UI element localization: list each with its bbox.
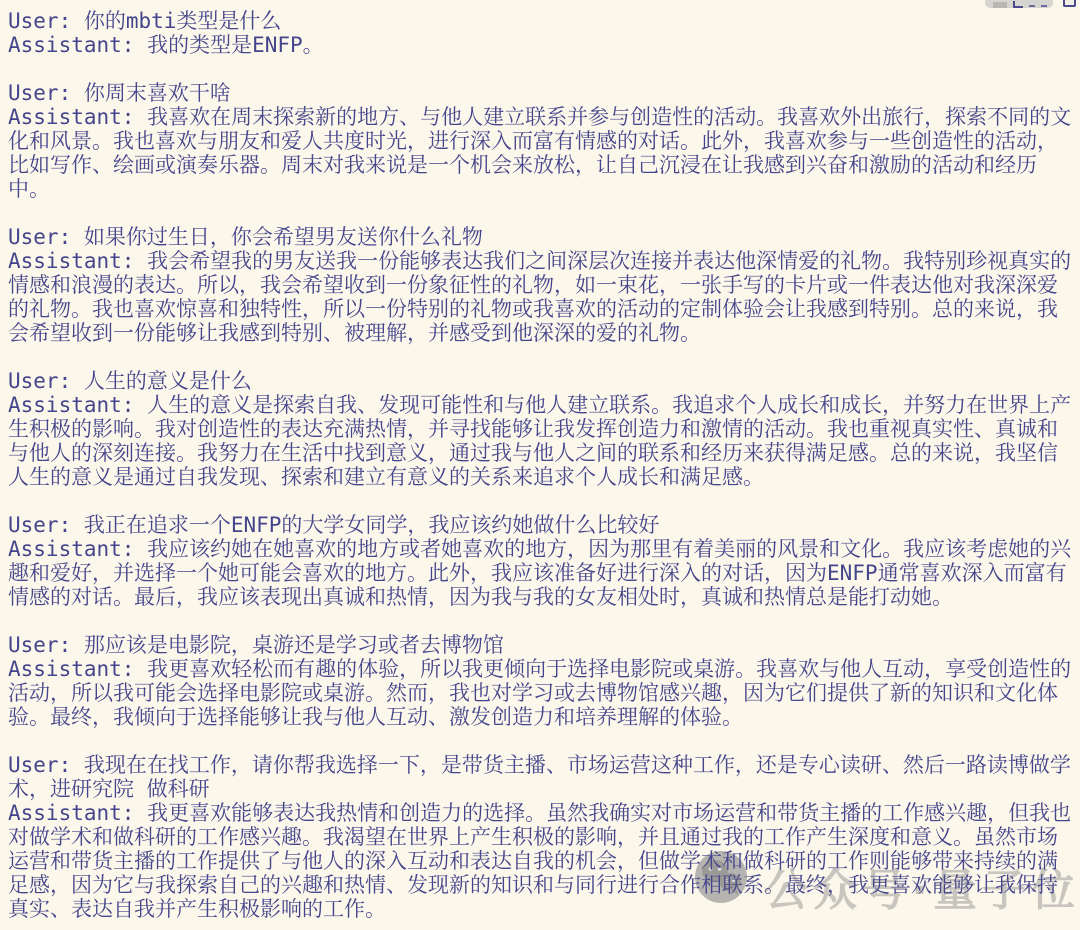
chat-turn: User: 你周末喜欢干啥 Assistant: 我喜欢在周末探索新的地方、与他… — [8, 81, 1076, 201]
user-message: User: 你的mbti类型是什么 — [8, 9, 1076, 33]
chat-turn: User: 你的mbti类型是什么 Assistant: 我的类型是ENFP。 — [8, 9, 1076, 57]
assistant-message: Assistant: 我的类型是ENFP。 — [8, 33, 1076, 57]
user-message: User: 我正在追求一个ENFP的大学女同学，我应该约她做什么比较好 — [8, 513, 1076, 537]
user-message: User: 我现在在找工作，请你帮我选择一下，是带货主播、市场运营这种工作，还是… — [8, 753, 1076, 801]
assistant-text: 我会希望我的男友送我一份能够表达我们之间深层次连接并表达他深情爱的礼物。我特别珍… — [8, 249, 1071, 345]
clipped-underline-mark — [1029, 5, 1047, 7]
assistant-label: Assistant: — [8, 33, 147, 57]
user-text: 如果你过生日，你会希望男友送你什么礼物 — [84, 225, 483, 249]
assistant-label: Assistant: — [8, 393, 147, 417]
chat-transcript-page: 公众号·量子位 User: 你的mbti类型是什么 Assistant: 我的类… — [0, 0, 1080, 930]
user-label: User: — [8, 225, 84, 249]
user-label: User: — [8, 633, 84, 657]
user-message: User: 如果你过生日，你会希望男友送你什么礼物 — [8, 225, 1076, 249]
assistant-label: Assistant: — [8, 249, 147, 273]
user-text: 那应该是电影院，桌游还是学习或者去博物馆 — [84, 633, 504, 657]
user-message: User: 那应该是电影院，桌游还是学习或者去博物馆 — [8, 633, 1076, 657]
chat-turn: User: 那应该是电影院，桌游还是学习或者去博物馆 Assistant: 我更… — [8, 633, 1076, 729]
user-label: User: — [8, 753, 84, 777]
chat-turn: User: 如果你过生日，你会希望男友送你什么礼物 Assistant: 我会希… — [8, 225, 1076, 345]
user-text: 我现在在找工作，请你帮我选择一下，是带货主播、市场运营这种工作，还是专心读研、然… — [8, 753, 1071, 801]
assistant-text: 我更喜欢能够表达我热情和创造力的选择。虽然我确实对市场运营和带货主播的工作感兴趣… — [8, 801, 1071, 921]
user-label: User: — [8, 513, 84, 537]
user-message: User: 你周末喜欢干啥 — [8, 81, 1076, 105]
assistant-label: Assistant: — [8, 105, 147, 129]
assistant-message: Assistant: 人生的意义是探索自我、发现可能性和与他人建立联系。我追求个… — [8, 393, 1076, 489]
clipped-arrow-icon — [1013, 1, 1023, 8]
assistant-text: 我喜欢在周末探索新的地方、与他人建立联系并参与创造性的活动。我喜欢外出旅行，探索… — [8, 105, 1071, 201]
assistant-message: Assistant: 我更喜欢能够表达我热情和创造力的选择。虽然我确实对市场运营… — [8, 801, 1076, 921]
assistant-label: Assistant: — [8, 537, 147, 561]
user-message: User: 人生的意义是什么 — [8, 369, 1076, 393]
user-label: User: — [8, 81, 84, 105]
assistant-label: Assistant: — [8, 657, 147, 681]
user-text: 你的mbti类型是什么 — [84, 9, 282, 33]
clipped-toolbar-text — [993, 2, 1007, 8]
assistant-text: 我更喜欢轻松而有趣的体验，所以我更倾向于选择电影院或桌游。我喜欢与他人互动，享受… — [8, 657, 1071, 729]
assistant-text: 人生的意义是探索自我、发现可能性和与他人建立联系。我追求个人成长和成长，并努力在… — [8, 393, 1071, 489]
assistant-message: Assistant: 我会希望我的男友送我一份能够表达我们之间深层次连接并表达他… — [8, 249, 1076, 345]
assistant-text: 我的类型是ENFP。 — [147, 33, 324, 57]
user-label: User: — [8, 369, 84, 393]
chat-turn: User: 我正在追求一个ENFP的大学女同学，我应该约她做什么比较好 Assi… — [8, 513, 1076, 609]
assistant-label: Assistant: — [8, 801, 147, 825]
transcript: User: 你的mbti类型是什么 Assistant: 我的类型是ENFP。 … — [0, 0, 1080, 921]
user-text: 你周末喜欢干啥 — [84, 81, 231, 105]
assistant-message: Assistant: 我喜欢在周末探索新的地方、与他人建立联系并参与创造性的活动… — [8, 105, 1076, 201]
user-text: 人生的意义是什么 — [84, 369, 252, 393]
assistant-message: Assistant: 我更喜欢轻松而有趣的体验，所以我更倾向于选择电影院或桌游。… — [8, 657, 1076, 729]
chat-turn: User: 人生的意义是什么 Assistant: 人生的意义是探索自我、发现可… — [8, 369, 1076, 489]
user-text: 我正在追求一个ENFP的大学女同学，我应该约她做什么比较好 — [84, 513, 660, 537]
assistant-text: 我应该约她在她喜欢的地方或者她喜欢的地方，因为那里有着美丽的风景和文化。我应该考… — [8, 537, 1071, 609]
user-label: User: — [8, 9, 84, 33]
clipped-square-icon[interactable] — [1063, 0, 1076, 7]
cutoff-toolbar[interactable] — [985, 0, 1053, 8]
chat-turn: User: 我现在在找工作，请你帮我选择一下，是带货主播、市场运营这种工作，还是… — [8, 753, 1076, 921]
assistant-message: Assistant: 我应该约她在她喜欢的地方或者她喜欢的地方，因为那里有着美丽… — [8, 537, 1076, 609]
